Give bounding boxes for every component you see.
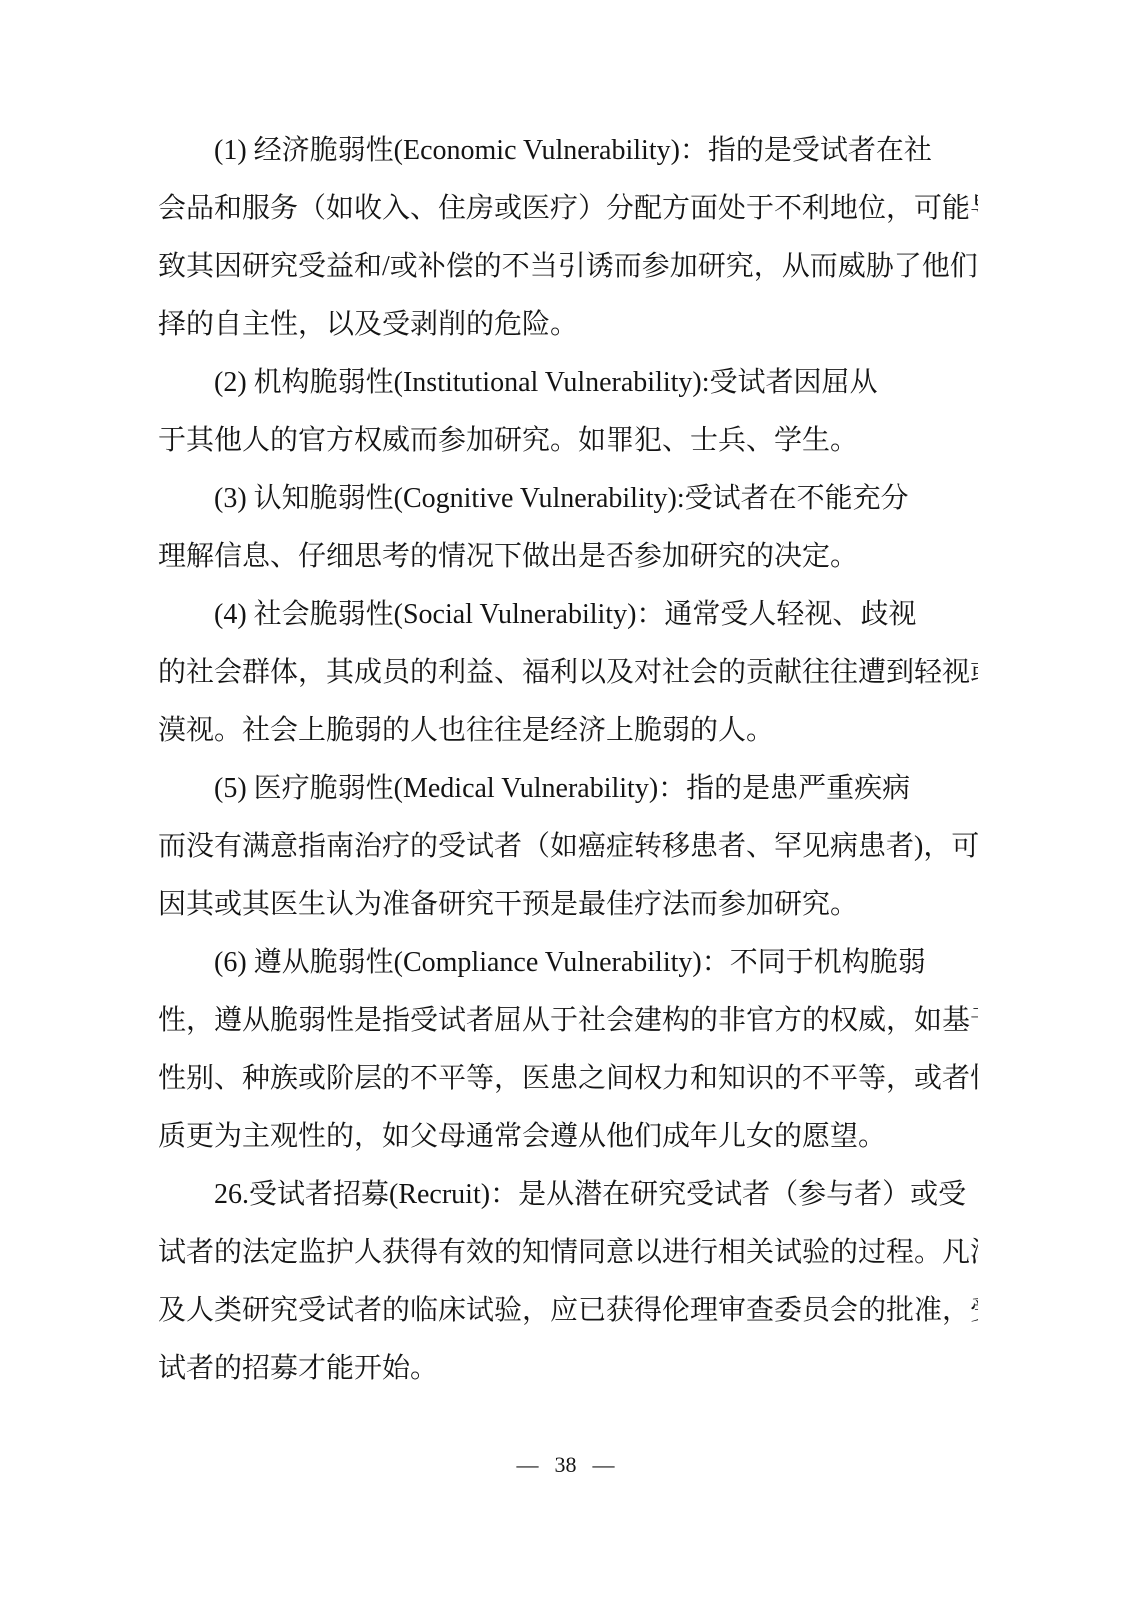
- text-line: 试者的招募才能开始。: [158, 1340, 978, 1398]
- text-line: 致其因研究受益和/或补偿的不当引诱而参加研究，从而威胁了他们选: [158, 238, 978, 296]
- page-number: 38: [555, 1452, 577, 1478]
- text-line: 会品和服务（如收入、住房或医疗）分配方面处于不利地位，可能导: [158, 180, 978, 238]
- text-line: (3) 认知脆弱性(Cognitive Vulnerability):受试者在不…: [158, 470, 978, 528]
- text-line: 因其或其医生认为准备研究干预是最佳疗法而参加研究。: [158, 876, 978, 934]
- text-line: 质更为主观性的，如父母通常会遵从他们成年儿女的愿望。: [158, 1108, 978, 1166]
- paragraph-recruit-definition: 26.受试者招募(Recruit)：是从潜在研究受试者（参与者）或受 试者的法定…: [158, 1166, 978, 1398]
- text-line: 26.受试者招募(Recruit)：是从潜在研究受试者（参与者）或受: [158, 1166, 978, 1224]
- text-line: 择的自主性，以及受剥削的危险。: [158, 296, 978, 354]
- text-line: 试者的法定监护人获得有效的知情同意以进行相关试验的过程。凡涉: [158, 1224, 978, 1282]
- text-line: 而没有满意指南治疗的受试者（如癌症转移患者、罕见病患者)，可能: [158, 818, 978, 876]
- text-line: 及人类研究受试者的临床试验，应已获得伦理审查委员会的批准，受: [158, 1282, 978, 1340]
- paragraph-institutional-vulnerability: (2) 机构脆弱性(Institutional Vulnerability):受…: [158, 354, 978, 470]
- paragraph-cognitive-vulnerability: (3) 认知脆弱性(Cognitive Vulnerability):受试者在不…: [158, 470, 978, 586]
- paragraph-compliance-vulnerability: (6) 遵从脆弱性(Compliance Vulnerability)：不同于机…: [158, 934, 978, 1166]
- text-line: (1) 经济脆弱性(Economic Vulnerability)：指的是受试者…: [158, 122, 978, 180]
- paragraph-medical-vulnerability: (5) 医疗脆弱性(Medical Vulnerability)：指的是患严重疾…: [158, 760, 978, 934]
- text-line: (6) 遵从脆弱性(Compliance Vulnerability)：不同于机…: [158, 934, 978, 992]
- text-line: 性别、种族或阶层的不平等，医患之间权力和知识的不平等，或者性: [158, 1050, 978, 1108]
- document-page: (1) 经济脆弱性(Economic Vulnerability)：指的是受试者…: [0, 0, 1131, 1600]
- text-line: 于其他人的官方权威而参加研究。如罪犯、士兵、学生。: [158, 412, 978, 470]
- text-line: (5) 医疗脆弱性(Medical Vulnerability)：指的是患严重疾…: [158, 760, 978, 818]
- footer-left-dash: —: [517, 1452, 539, 1478]
- text-line: 的社会群体，其成员的利益、福利以及对社会的贡献往往遭到轻视或: [158, 644, 978, 702]
- paragraph-social-vulnerability: (4) 社会脆弱性(Social Vulnerability)：通常受人轻视、歧…: [158, 586, 978, 760]
- page-text-block: (1) 经济脆弱性(Economic Vulnerability)：指的是受试者…: [158, 122, 978, 1398]
- text-line: (4) 社会脆弱性(Social Vulnerability)：通常受人轻视、歧…: [158, 586, 978, 644]
- text-line: 性，遵从脆弱性是指受试者屈从于社会建构的非官方的权威，如基于: [158, 992, 978, 1050]
- page-footer: —38—: [0, 1452, 1131, 1478]
- text-line: 漠视。社会上脆弱的人也往往是经济上脆弱的人。: [158, 702, 978, 760]
- text-line: 理解信息、仔细思考的情况下做出是否参加研究的决定。: [158, 528, 978, 586]
- footer-right-dash: —: [593, 1452, 615, 1478]
- text-line: (2) 机构脆弱性(Institutional Vulnerability):受…: [158, 354, 978, 412]
- paragraph-economic-vulnerability: (1) 经济脆弱性(Economic Vulnerability)：指的是受试者…: [158, 122, 978, 354]
